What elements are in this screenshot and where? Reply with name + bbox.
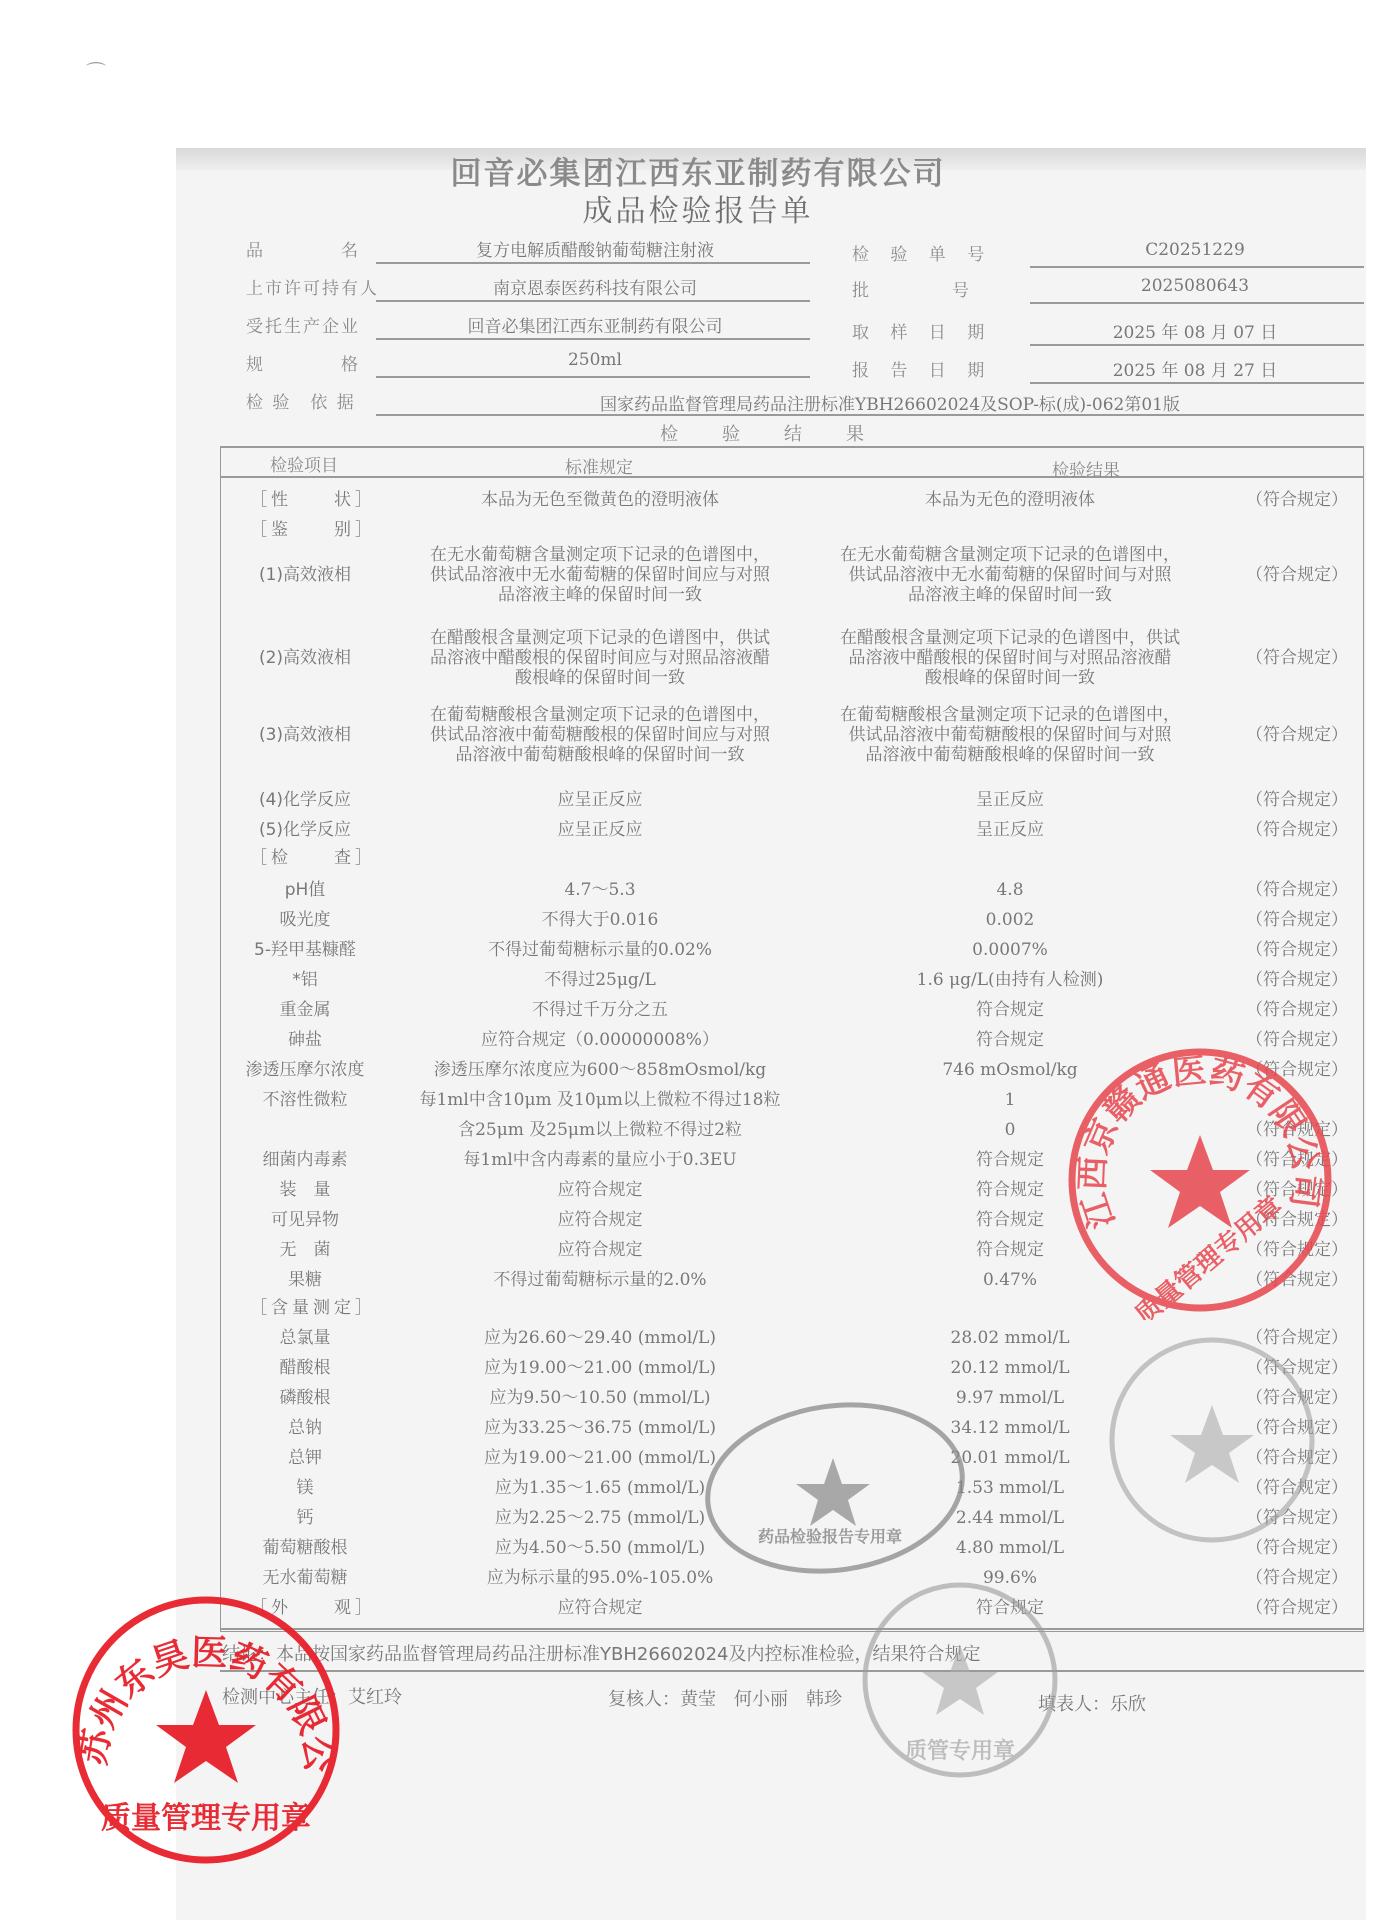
row-standard: 在无水葡萄糖含量测定项下记录的色谱图中， 供试品溶液中无水葡萄糖的保留时间应与对… [390, 545, 810, 605]
reviewer-signatures: 复核人：黄莹 何小丽 韩珍 [608, 1685, 842, 1711]
row-conformity: （符合规定） [1238, 910, 1356, 930]
row-item: (5)化学反应 [222, 820, 388, 840]
row-item: (2)高效液相 [222, 648, 388, 668]
row-item: 5-羟甲基糠醛 [222, 940, 388, 960]
row-conformity: （符合规定） [1238, 1000, 1356, 1020]
row-standard: 不得过25μg/L [390, 970, 810, 990]
nanjing-entai-seal: 药品检验报告专用章 [700, 1400, 980, 1585]
row-conformity: （符合规定） [1238, 880, 1356, 900]
row-standard: 应呈正反应 [390, 820, 810, 840]
row-standard: 每1ml中含10μm 及10μm以上微粒不得过18粒 [390, 1090, 810, 1110]
row-result: 在醋酸根含量测定项下记录的色谱图中，供试 品溶液中醋酸根的保留时间与对照品溶液醋… [810, 628, 1210, 688]
row-item: 总氯量 [222, 1328, 388, 1348]
row-item: 装 量 [222, 1180, 388, 1200]
row-standard: 不得过葡萄糖标示量的0.02% [390, 940, 810, 960]
svg-text:药品检验报告专用章: 药品检验报告专用章 [758, 1527, 902, 1546]
document-title: 成品检验报告单 [0, 186, 1396, 230]
field-underline [1030, 266, 1364, 268]
row-result: 4.8 [810, 880, 1210, 900]
row-item: 钙 [222, 1508, 388, 1528]
field-label: 品 名 [246, 236, 360, 261]
field-label: 受托生产企业 [246, 312, 360, 337]
row-standard: 渗透压摩尔浓度应为600～858mOsmol/kg [390, 1060, 810, 1080]
field-value: 250ml [380, 350, 810, 370]
row-standard: 不得大于0.016 [390, 910, 810, 930]
field-value: 2025 年 08 月 07 日 [1030, 318, 1360, 343]
row-item: *铝 [222, 970, 388, 990]
conclusion-divider [220, 1670, 1364, 1672]
field-underline [1030, 382, 1364, 384]
row-item: 总钠 [222, 1418, 388, 1438]
row-item: 葡萄糖酸根 [222, 1538, 388, 1558]
row-item: ［鉴 别］ [222, 520, 388, 540]
row-result: 1.6 μg/L(由持有人检测) [810, 970, 1210, 990]
column-header-item: 检验项目 [270, 451, 338, 476]
field-underline [1030, 302, 1364, 304]
row-standard: 应符合规定 [390, 1598, 810, 1618]
row-item: 渗透压摩尔浓度 [222, 1060, 388, 1080]
field-label: 取 样 日 期 [852, 318, 992, 343]
row-item: 砷盐 [222, 1030, 388, 1050]
field-underline [376, 262, 810, 264]
row-item: ［检 查］ [222, 848, 388, 868]
row-result: 在无水葡萄糖含量测定项下记录的色谱图中， 供试品溶液中无水葡萄糖的保留时间与对照… [810, 545, 1210, 605]
row-item: 果糖 [222, 1270, 388, 1290]
row-item: 无 菌 [222, 1240, 388, 1260]
svg-text:质管专用章: 质管专用章 [905, 1738, 1015, 1764]
field-value: 回音必集团江西东亚制药有限公司 [380, 312, 810, 337]
row-result: 在葡萄糖酸根含量测定项下记录的色谱图中， 供试品溶液中葡萄糖酸根的保留时间与对照… [810, 705, 1210, 765]
row-item: pH值 [222, 880, 388, 900]
row-standard: 4.7～5.3 [390, 880, 810, 900]
table-header-divider [220, 476, 1364, 478]
row-item: (4)化学反应 [222, 790, 388, 810]
row-conformity: （符合规定） [1238, 820, 1356, 840]
row-conformity: （符合规定） [1238, 970, 1356, 990]
row-standard: 含25μm 及25μm以上微粒不得过2粒 [390, 1120, 810, 1140]
row-conformity: （符合规定） [1238, 648, 1356, 668]
field-underline [376, 300, 810, 302]
column-header-standard: 标准规定 [565, 453, 633, 478]
field-value: 国家药品监督管理局药品注册标准YBH26602024及SOP-标(成)-062第… [420, 390, 1360, 415]
row-item: (3)高效液相 [222, 725, 388, 745]
column-header-result: 检验结果 [1052, 456, 1120, 481]
field-value: 2025080643 [1030, 276, 1360, 296]
suzhou-donghao-seal: 苏州东昊医药有限公司 质量管理专用章 [66, 1590, 346, 1870]
row-result: 呈正反应 [810, 820, 1210, 840]
row-item: 磷酸根 [222, 1388, 388, 1408]
scan-mark: ⌒ [86, 56, 106, 85]
row-item: 可见异物 [222, 1210, 388, 1230]
row-item: 总钾 [222, 1448, 388, 1468]
row-standard: 不得过葡萄糖标示量的2.0% [390, 1270, 810, 1290]
field-value: 2025 年 08 月 27 日 [1030, 356, 1360, 381]
row-standard: 应为19.00～21.00 (mmol/L) [390, 1358, 810, 1378]
field-underline [376, 338, 810, 340]
row-standard: 在醋酸根含量测定项下记录的色谱图中，供试 品溶液中醋酸根的保留时间应与对照品溶液… [390, 628, 810, 688]
field-underline [376, 414, 1364, 416]
dongya-company-seal [1082, 1310, 1382, 1610]
field-value: 复方电解质醋酸钠葡萄糖注射液 [380, 236, 810, 261]
row-result: 0.0007% [810, 940, 1210, 960]
row-standard: 在葡萄糖酸根含量测定项下记录的色谱图中， 供试品溶液中葡萄糖酸根的保留时间应与对… [390, 705, 810, 765]
row-item: ［性 状］ [222, 490, 388, 510]
table-bottom-line [220, 1628, 1364, 1630]
field-label: 批 号 [852, 276, 977, 301]
field-underline [376, 376, 810, 378]
row-item: 镁 [222, 1478, 388, 1498]
row-conformity: （符合规定） [1238, 725, 1356, 745]
row-conformity: （符合规定） [1238, 940, 1356, 960]
row-item: 吸光度 [222, 910, 388, 930]
row-result: 本品为无色的澄明液体 [810, 490, 1210, 510]
row-conformity: （符合规定） [1238, 565, 1356, 585]
row-result: 符合规定 [810, 1000, 1210, 1020]
field-underline [1030, 344, 1364, 346]
row-item: (1)高效液相 [222, 565, 388, 585]
row-standard: 应符合规定 [390, 1240, 810, 1260]
field-value: 南京恩泰医药科技有限公司 [380, 274, 810, 299]
results-section-title: 检验结果 [660, 420, 908, 446]
row-standard: 应符合规定 [390, 1180, 810, 1200]
field-value: C20251229 [1030, 240, 1360, 260]
row-item: 无水葡萄糖 [222, 1568, 388, 1588]
row-standard: 本品为无色至微黄色的澄明液体 [390, 490, 810, 510]
row-standard: 应符合规定（0.00000008%） [390, 1030, 810, 1050]
field-label: 规 格 [246, 350, 360, 375]
svg-text:质量管理专用章: 质量管理专用章 [101, 1801, 311, 1836]
field-label: 检 验 依 据 [246, 388, 356, 413]
row-item: 细菌内毒素 [222, 1150, 388, 1170]
row-item: ［含量测定］ [222, 1298, 388, 1318]
row-standard: 应符合规定 [390, 1210, 810, 1230]
row-standard: 不得过千万分之五 [390, 1000, 810, 1020]
jiangxi-jingganotong-seal: 江西京赣通医药有限公司 质量管理专用章 [1060, 1040, 1340, 1320]
row-conformity: （符合规定） [1238, 790, 1356, 810]
row-standard: 每1ml中含内毒素的量应小于0.3EU [390, 1150, 810, 1170]
row-item: 重金属 [222, 1000, 388, 1020]
field-label: 报 告 日 期 [852, 356, 992, 381]
row-conformity: （符合规定） [1238, 490, 1356, 510]
field-label: 上市许可持有人 [246, 274, 379, 299]
dongya-qa-seal: 质管专用章 [840, 1580, 1080, 1780]
row-item: 不溶性微粒 [222, 1090, 388, 1110]
row-item: 醋酸根 [222, 1358, 388, 1378]
row-standard: 应为26.60～29.40 (mmol/L) [390, 1328, 810, 1348]
row-standard: 应呈正反应 [390, 790, 810, 810]
field-label: 检 验 单 号 [852, 240, 992, 265]
row-result: 呈正反应 [810, 790, 1210, 810]
row-result: 0.002 [810, 910, 1210, 930]
